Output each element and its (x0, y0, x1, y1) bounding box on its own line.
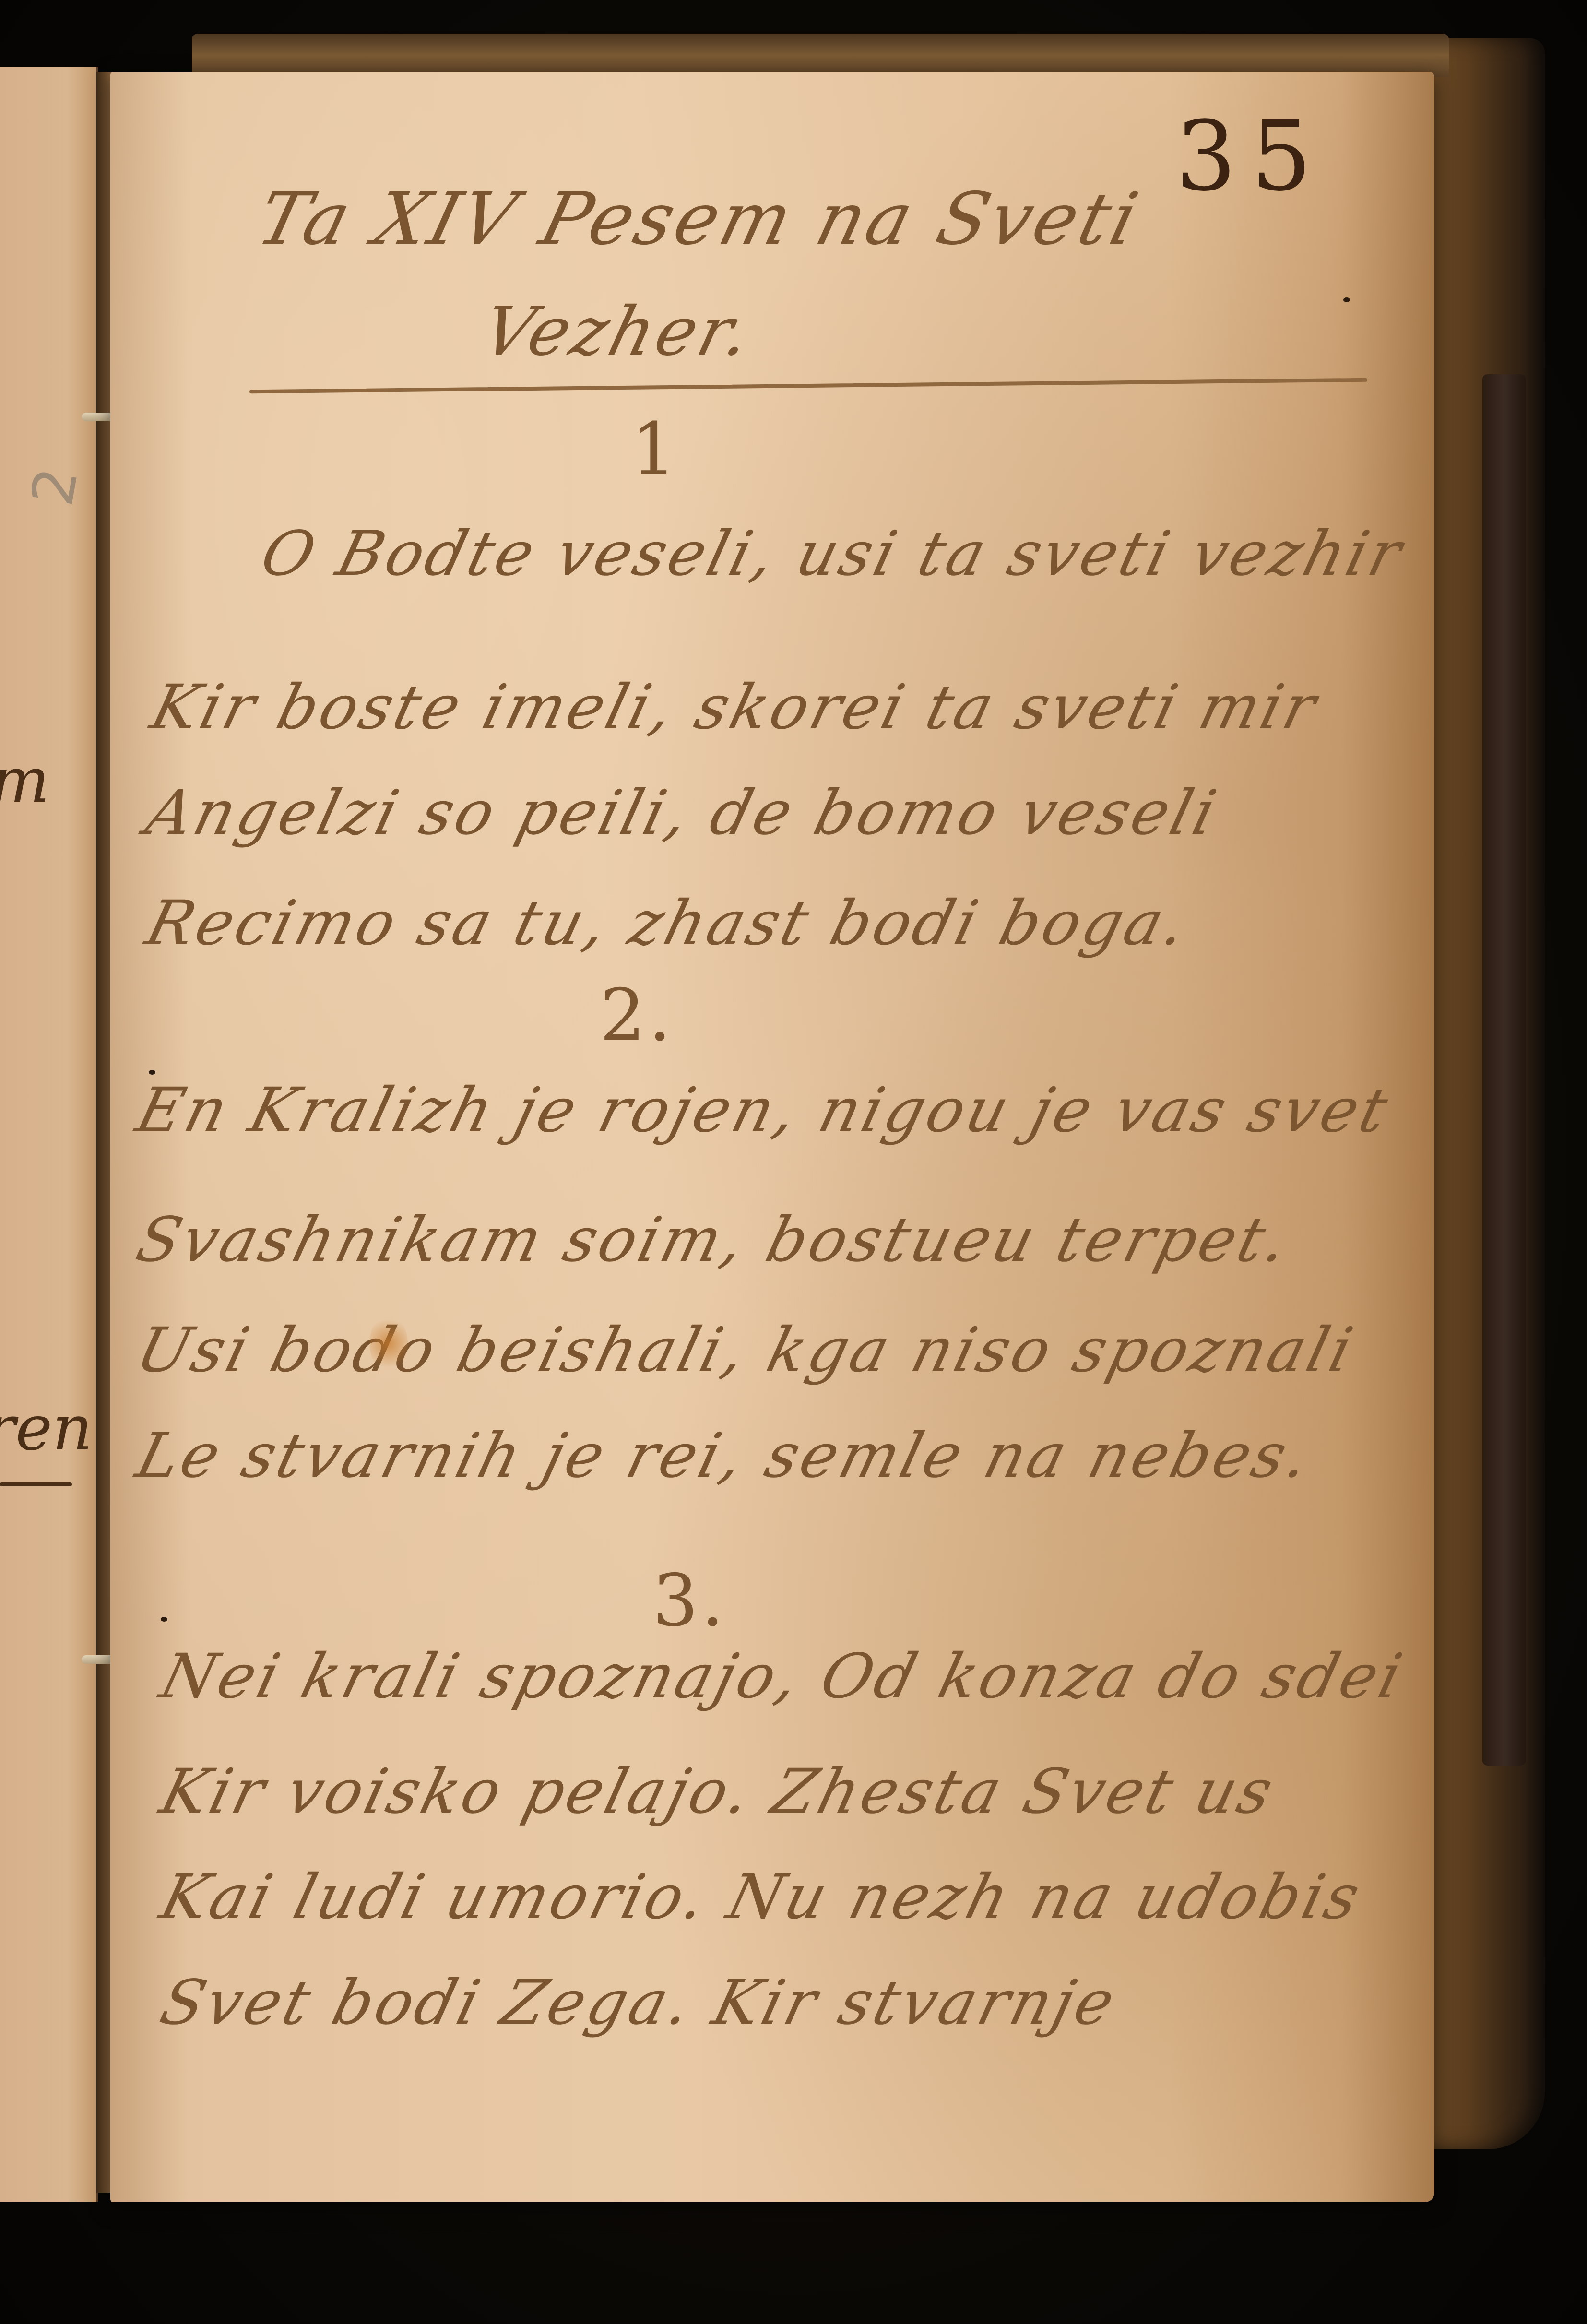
stanza-number: 2. (600, 974, 674, 1057)
left-page-underline (0, 1482, 72, 1486)
left-page-fragment-1: m (0, 744, 49, 817)
verse-line: Kir boste imeli, skorei ta sveti mir (144, 672, 1326, 743)
previous-page: 2 Jahre m ren (0, 67, 98, 2202)
hymn-title: Ta XIV Pesem na Sveti (249, 178, 1149, 261)
verse-line: Usi bodo beishali, kga niso spoznali (130, 1315, 1362, 1386)
ink-blot (161, 1617, 167, 1622)
verse-line: Kai ludi umorio. Nu nezh na udobis (154, 1862, 1369, 1933)
verse-line: Kir voisko pelajo. Zhesta Svet us (154, 1756, 1282, 1827)
verse-line: Le stvarnih je rei, semle na nebes. (130, 1420, 1319, 1492)
verse-line: Nei krali spoznajo, Od konza do sdei (154, 1641, 1411, 1712)
verse-line: Angelzi so peili, de bomo veseli (139, 777, 1226, 849)
stanza-number: 3. (652, 1559, 727, 1643)
page-number: 35 (1175, 101, 1326, 213)
stanza-number: 1 (631, 408, 679, 491)
verse-line: Svashnikam soim, bostueu terpet. (130, 1204, 1298, 1276)
hymn-title-continued: Vezher. (475, 293, 761, 371)
title-divider (249, 378, 1367, 393)
left-page-fragment-2: ren (0, 1391, 93, 1464)
rust-stain (369, 1315, 408, 1372)
verse-line: En Kralizh je rojen, nigou je vas svet (130, 1075, 1398, 1146)
manuscript-page: 35 Ta XIV Pesem na Sveti Vezher. 1 O Bod… (110, 72, 1434, 2202)
verse-line: Recimo sa tu, zhast bodi boga. (139, 888, 1196, 959)
verse-line: Svet bodi Zega. Kir stvarnje (154, 1967, 1124, 2039)
ink-blot (149, 1070, 155, 1075)
book-top-edge (192, 34, 1449, 77)
verse-line: O Bodte veseli, usi ta sveti vezhir (254, 518, 1411, 590)
worm-hole (1343, 297, 1350, 302)
